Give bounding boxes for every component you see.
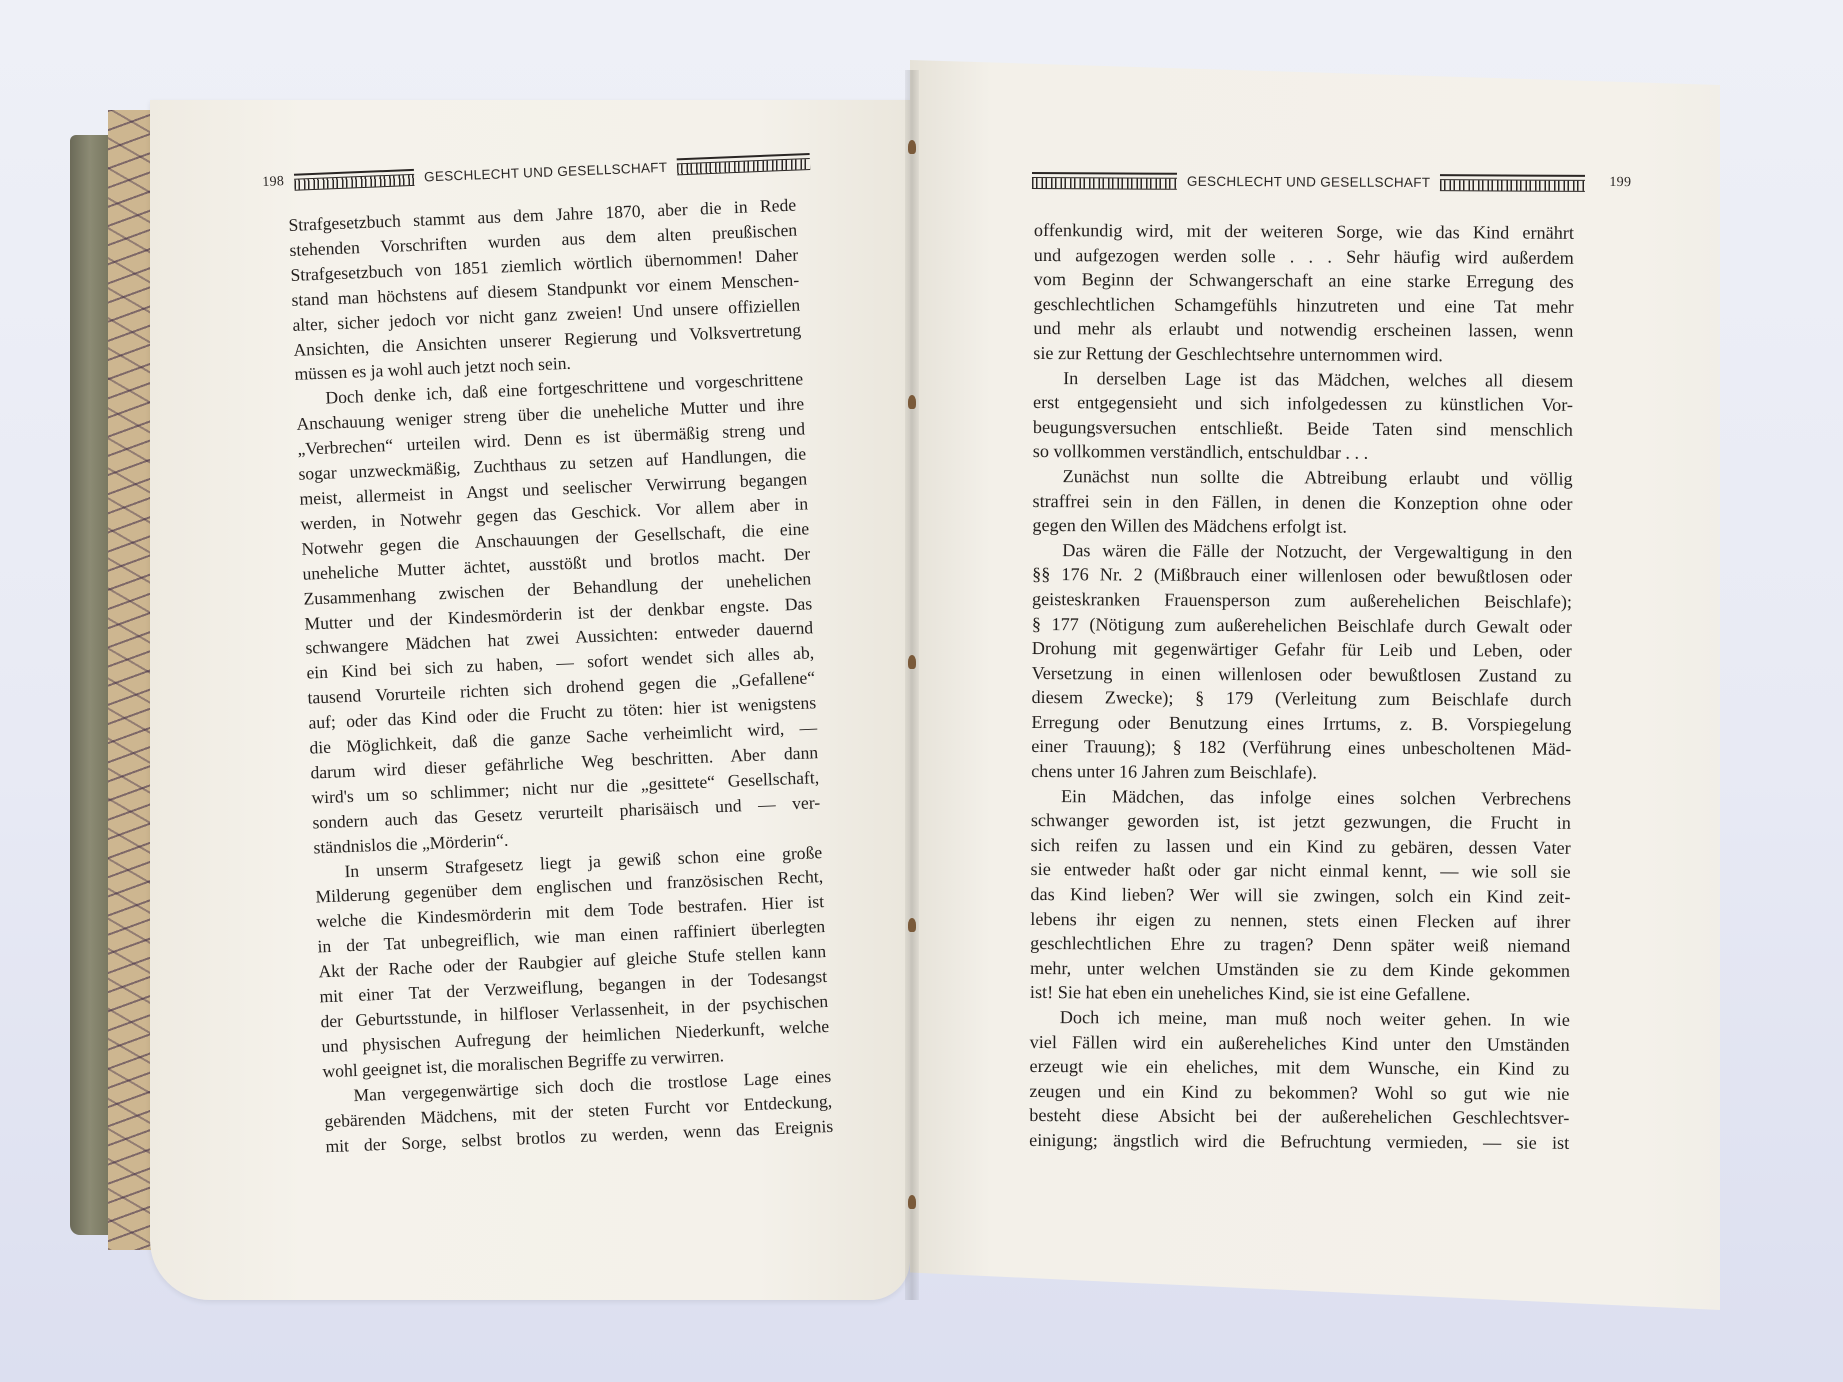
text-line: geschlechtlichen Ehre zu tragen? Denn sp… [1030, 931, 1570, 958]
text-line: sich reifen zu lassen und ein Kind zu ge… [1031, 833, 1571, 860]
book-cover-spine [70, 135, 110, 1235]
text-line: geschlechtlichen Schamgefühls hinzutrete… [1033, 292, 1573, 319]
text-line: zeugen und ein Kind zu bekommen? Wohl so… [1029, 1079, 1569, 1106]
binding-stitch [908, 395, 916, 409]
paragraph-start: Das wären die Fälle der Notzucht, der Ve… [1032, 538, 1572, 565]
binding-stitch [908, 1195, 916, 1209]
text-line: § 177 (Nötigung zum außerehelichen Beisc… [1032, 611, 1572, 638]
ornament-chain [1440, 174, 1585, 191]
text-line: sie zur Rettung der Geschlechtsehre unte… [1033, 341, 1573, 368]
text-line: viel Fällen wird ein außereheliches Kind… [1030, 1030, 1570, 1057]
right-page-body: offenkundig wird, mit der weiteren Sorge… [1029, 218, 1574, 1155]
text-line: besteht diese Absicht bei der außereheli… [1029, 1103, 1569, 1130]
text-line: geisteskranken Frauensperson zum außereh… [1032, 587, 1572, 614]
binding-stitch [908, 918, 916, 932]
text-line: und mehr als erlaubt und notwendig ersch… [1033, 316, 1573, 343]
paragraph-start: Ein Mädchen, das infolge eines solchen V… [1031, 784, 1571, 811]
text-line: gegen den Willen des Mädchens erfolgt is… [1032, 513, 1572, 540]
binding-stitch [908, 140, 916, 154]
text-line: Versetzung in einen willenlosen oder bew… [1032, 661, 1572, 688]
text-line: chens unter 16 Jahren zum Beischlafe). [1031, 759, 1571, 786]
text-line: einer Trauung); § 182 (Verführung eines … [1031, 734, 1571, 761]
text-line: diesem Zwecke); § 179 (Verleitung zum Be… [1031, 685, 1571, 712]
right-running-head: GESCHLECHT UND GESELLSCHAFT 199 [1032, 172, 1652, 192]
text-line: erst entgegensieht und sich infolgedesse… [1033, 390, 1573, 417]
paragraph-start: In derselben Lage ist das Mädchen, welch… [1033, 366, 1573, 393]
left-page-body: Strafgesetzbuch stammt aus dem Jahre 187… [288, 193, 834, 1159]
text-line: und aufgezogen werden solle . . . Sehr h… [1034, 243, 1574, 270]
text-line: so vollkommen verständlich, entschuldbar… [1033, 439, 1573, 466]
text-line: beugungsversuchen entschließt. Beide Tat… [1033, 415, 1573, 442]
text-line: das Kind lieben? Wer will sie zwingen, s… [1030, 882, 1570, 909]
text-line: ist! Sie hat eben ein uneheliches Kind, … [1030, 980, 1570, 1007]
text-line: Drohung mit gegenwärtiger Gefahr für Lei… [1032, 636, 1572, 663]
text-line: mehr, unter welchen Umständen sie zu dem… [1030, 956, 1570, 983]
ornament-chain [1032, 172, 1177, 189]
page-number-right: 199 [1609, 175, 1631, 191]
text-line: vom Beginn der Schwangerschaft an eine s… [1034, 267, 1574, 294]
text-line: erzeugt wie ein eheliches, mit dem Wunsc… [1029, 1054, 1569, 1081]
page-number-left: 198 [262, 174, 285, 191]
binding-stitch [908, 655, 916, 669]
text-line: offenkundig wird, mit der weiteren Sorge… [1034, 218, 1574, 245]
text-line: sie entweder haßt oder gar nicht einmal … [1031, 857, 1571, 884]
text-line: straffrei sein in den Fällen, in denen d… [1032, 489, 1572, 516]
text-line: einigung; ängstlich wird die Befruchtung… [1029, 1128, 1569, 1155]
paragraph-start: Zunächst nun sollte die Abtreibung erlau… [1033, 464, 1573, 491]
text-line: schwanger geworden ist, ist jetzt gezwun… [1031, 808, 1571, 835]
text-line: §§ 176 Nr. 2 (Mißbrauch einer willenlose… [1032, 562, 1572, 589]
text-line: Erregung oder Benutzung eines Irrtums, z… [1031, 710, 1571, 737]
running-title-right: GESCHLECHT UND GESELLSCHAFT [1187, 174, 1430, 190]
paragraph-start: Doch ich meine, man muß noch weiter gehe… [1030, 1005, 1570, 1032]
text-line: lebens ihr eigen zu nennen, stets einen … [1030, 907, 1570, 934]
book-gutter [905, 70, 919, 1300]
